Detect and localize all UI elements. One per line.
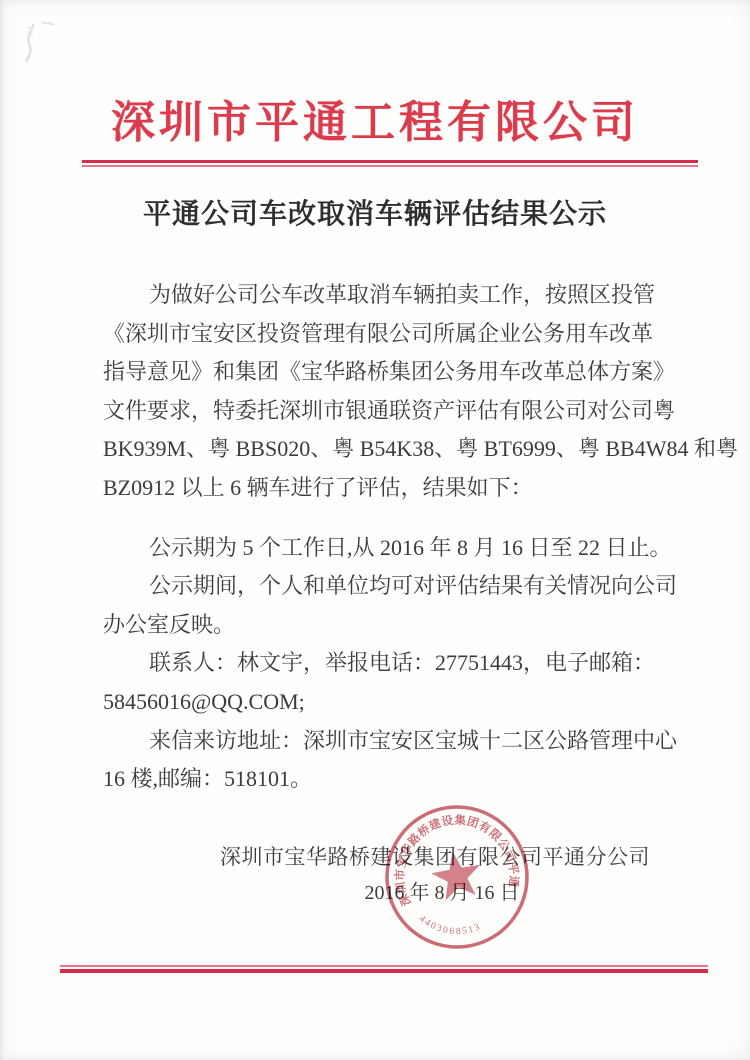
document-title: 平通公司车改取消车辆评估结果公示 <box>0 192 750 232</box>
scanned-document-page: 深圳市平通工程有限公司 平通公司车改取消车辆评估结果公示 为做好公司公车改革取消… <box>0 0 750 1060</box>
company-letterhead-title: 深圳市平通工程有限公司 <box>0 86 750 150</box>
official-red-seal: 深圳市宝华路桥建设集团有限公司平通分公司 4403068513 <box>370 790 544 964</box>
body-line: 办公室反映。 <box>103 606 659 645</box>
body-line: 《深圳市宝安区投资管理有限公司所属企业公务用车改革 <box>103 315 659 354</box>
scan-smudge-mark <box>12 12 82 72</box>
body-line: 公示期为 5 个工作日,从 2016 年 8 月 16 日至 22 日止。 <box>103 529 659 568</box>
body-line: 来信来访地址：深圳市宝安区宝城十二区公路管理中心 <box>103 722 659 761</box>
body-line: BZ0912 以上 6 辆车进行了评估，结果如下： <box>103 469 659 508</box>
body-line: 公示期间，个人和单位均可对评估结果有关情况向公司 <box>103 567 659 606</box>
letterhead-divider-rule <box>82 160 698 167</box>
body-line: 58456016@QQ.COM; <box>103 683 659 722</box>
document-body: 为做好公司公车改革取消车辆拍卖工作，按照区投管 《深圳市宝安区投资管理有限公司所… <box>103 276 659 799</box>
body-line: 文件要求，特委托深圳市银通联资产评估有限公司对公司粤 <box>103 392 659 431</box>
body-line: 指导意见》和集团《宝华路桥集团公务用车改革总体方案》 <box>103 353 659 392</box>
body-line: 联系人：林文宇，举报电话：27751443，电子邮箱： <box>103 644 659 683</box>
body-line: 16 楼,邮编：518101。 <box>103 760 659 799</box>
body-line: 为做好公司公车改革取消车辆拍卖工作，按照区投管 <box>103 276 659 315</box>
body-line: BK939M、粤 BBS020、粤 B54K38、粤 BT6999、粤 BB4W… <box>103 430 659 469</box>
footer-divider-rule <box>60 965 708 973</box>
seal-star-icon <box>428 847 485 902</box>
